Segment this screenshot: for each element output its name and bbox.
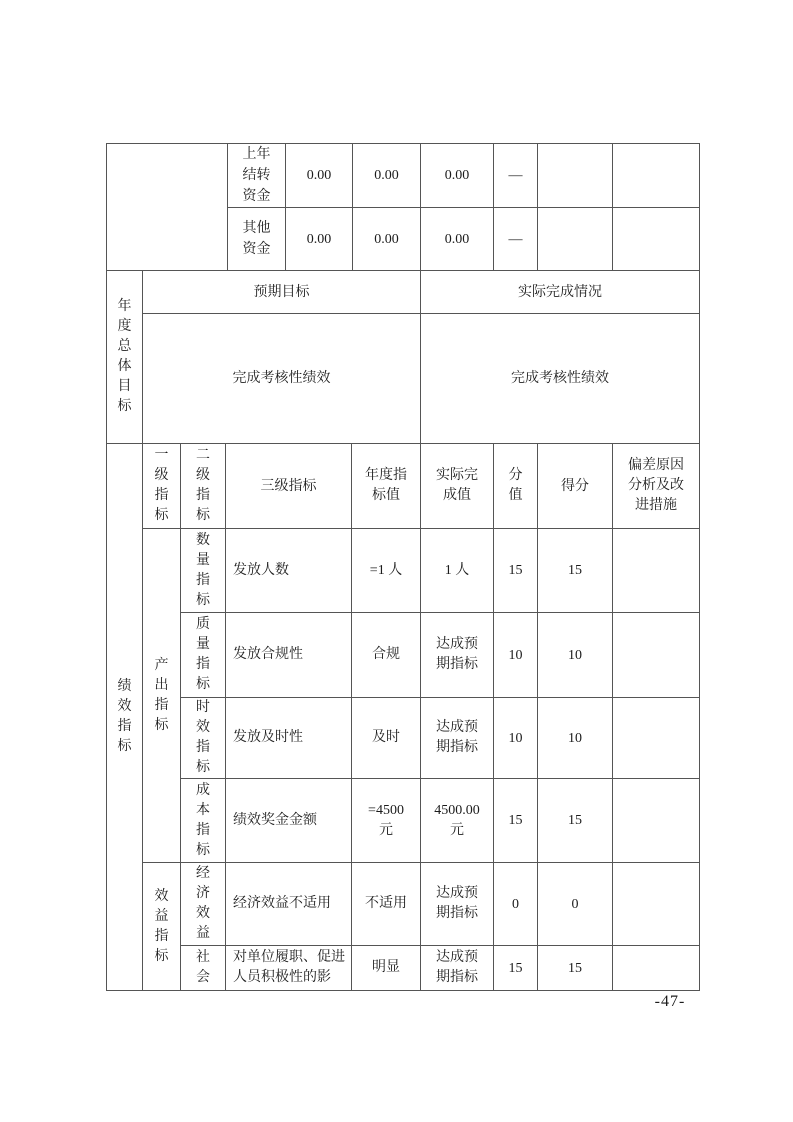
- indicator-points-cell: 15: [494, 529, 538, 613]
- indicator-score-cell: 10: [538, 698, 613, 779]
- indicator-actual-cell: 达成预期指标: [421, 946, 494, 991]
- funding-empty-cell: [613, 144, 700, 208]
- indicator-score-cell: 0: [538, 863, 613, 946]
- indicator-points-cell: 0: [494, 863, 538, 946]
- indicator-group-output: 产出指标: [143, 529, 181, 863]
- indicator-header-score: 得分: [538, 444, 613, 529]
- annual-goal-row-header: 年度总体目标: [107, 271, 143, 444]
- annual-expected-title-cell: 预期目标: [143, 271, 421, 314]
- funding-rate-cell: —: [494, 208, 538, 271]
- indicator-deviation-cell: [613, 779, 700, 863]
- indicator-l3-cell: 对单位履职、促进人员积极性的影: [226, 946, 352, 991]
- indicator-score-cell: 15: [538, 946, 613, 991]
- funding-value-cell: 0.00: [286, 208, 353, 271]
- indicator-deviation-cell: [613, 613, 700, 698]
- indicator-deviation-cell: [613, 529, 700, 613]
- funding-table: 上年结转资金 0.00 0.00 0.00 — 其他资金 0.00 0.00 0…: [106, 143, 700, 271]
- indicator-actual-cell: 1 人: [421, 529, 494, 613]
- indicator-header-actual: 实际完成值: [421, 444, 494, 529]
- indicator-score-cell: 15: [538, 779, 613, 863]
- indicator-l2-cell: 经济效益: [181, 863, 226, 946]
- funding-empty-cell: [538, 208, 613, 271]
- funding-merged-blank-cell: [107, 144, 228, 271]
- funding-empty-cell: [613, 208, 700, 271]
- indicator-score-cell: 10: [538, 613, 613, 698]
- indicator-l2-cell: 成本指标: [181, 779, 226, 863]
- indicators-row-header-text: 绩效指标: [117, 677, 133, 757]
- annual-expected-value-cell: 完成考核性绩效: [143, 314, 421, 444]
- funding-value-cell: 0.00: [421, 144, 494, 208]
- funding-rate-cell: —: [494, 144, 538, 208]
- indicator-l3-cell: 绩效奖金金额: [226, 779, 352, 863]
- indicator-actual-cell: 4500.00 元: [421, 779, 494, 863]
- indicator-group-benefit: 效益指标: [143, 863, 181, 991]
- indicator-l2-cell: 质量指标: [181, 613, 226, 698]
- indicator-target-cell: =4500 元: [352, 779, 421, 863]
- funding-empty-cell: [538, 144, 613, 208]
- annual-goal-table: 年度总体目标 预期目标 实际完成情况 完成考核性绩效 完成考核性绩效: [106, 270, 700, 444]
- funding-row-label: 上年结转资金: [228, 144, 286, 208]
- indicator-deviation-cell: [613, 863, 700, 946]
- indicator-points-cell: 10: [494, 698, 538, 779]
- indicator-l3-cell: 经济效益不适用: [226, 863, 352, 946]
- indicator-l2-cell: 时效指标: [181, 698, 226, 779]
- funding-row-label-text: 上年结转资金: [242, 144, 272, 207]
- indicator-l3-cell: 发放及时性: [226, 698, 352, 779]
- indicators-row-header: 绩效指标: [107, 444, 143, 991]
- indicator-l2-cell: 数量指标: [181, 529, 226, 613]
- funding-row-label: 其他资金: [228, 208, 286, 271]
- indicator-target-cell: =1 人: [352, 529, 421, 613]
- indicator-l3-cell: 发放人数: [226, 529, 352, 613]
- indicator-deviation-cell: [613, 946, 700, 991]
- annual-actual-title-cell: 实际完成情况: [421, 271, 700, 314]
- page-number: -47-: [640, 993, 700, 1011]
- indicator-deviation-cell: [613, 698, 700, 779]
- indicators-table: 绩效指标 一级指标 二级指标 三级指标 年度指标值 实际完成值 分值 得分 偏差…: [106, 443, 700, 991]
- indicator-target-cell: 不适用: [352, 863, 421, 946]
- indicator-target-cell: 合规: [352, 613, 421, 698]
- indicator-target-cell: 明显: [352, 946, 421, 991]
- indicator-header-points: 分值: [494, 444, 538, 529]
- indicator-actual-cell: 达成预期指标: [421, 613, 494, 698]
- indicators-table-clip: 绩效指标 一级指标 二级指标 三级指标 年度指标值 实际完成值 分值 得分 偏差…: [106, 443, 702, 992]
- indicator-actual-cell: 达成预期指标: [421, 863, 494, 946]
- indicator-actual-cell: 达成预期指标: [421, 698, 494, 779]
- indicator-header-l1: 一级指标: [143, 444, 181, 529]
- indicator-header-target: 年度指标值: [352, 444, 421, 529]
- indicator-points-cell: 10: [494, 613, 538, 698]
- indicator-points-cell: 15: [494, 946, 538, 991]
- funding-value-cell: 0.00: [286, 144, 353, 208]
- indicator-header-l2: 二级指标: [181, 444, 226, 529]
- indicator-l2-cell: 社会: [181, 946, 226, 991]
- document-page: 上年结转资金 0.00 0.00 0.00 — 其他资金 0.00 0.00 0…: [0, 0, 793, 1122]
- indicator-l3-cell: 发放合规性: [226, 613, 352, 698]
- indicator-header-deviation: 偏差原因分析及改进措施: [613, 444, 700, 529]
- indicator-header-l3: 三级指标: [226, 444, 352, 529]
- indicator-score-cell: 15: [538, 529, 613, 613]
- funding-row-label-text: 其他资金: [242, 218, 272, 260]
- annual-actual-value-cell: 完成考核性绩效: [421, 314, 700, 444]
- funding-value-cell: 0.00: [353, 144, 421, 208]
- funding-value-cell: 0.00: [421, 208, 494, 271]
- annual-goal-row-header-text: 年度总体目标: [117, 297, 133, 417]
- indicator-target-cell: 及时: [352, 698, 421, 779]
- funding-value-cell: 0.00: [353, 208, 421, 271]
- indicator-points-cell: 15: [494, 779, 538, 863]
